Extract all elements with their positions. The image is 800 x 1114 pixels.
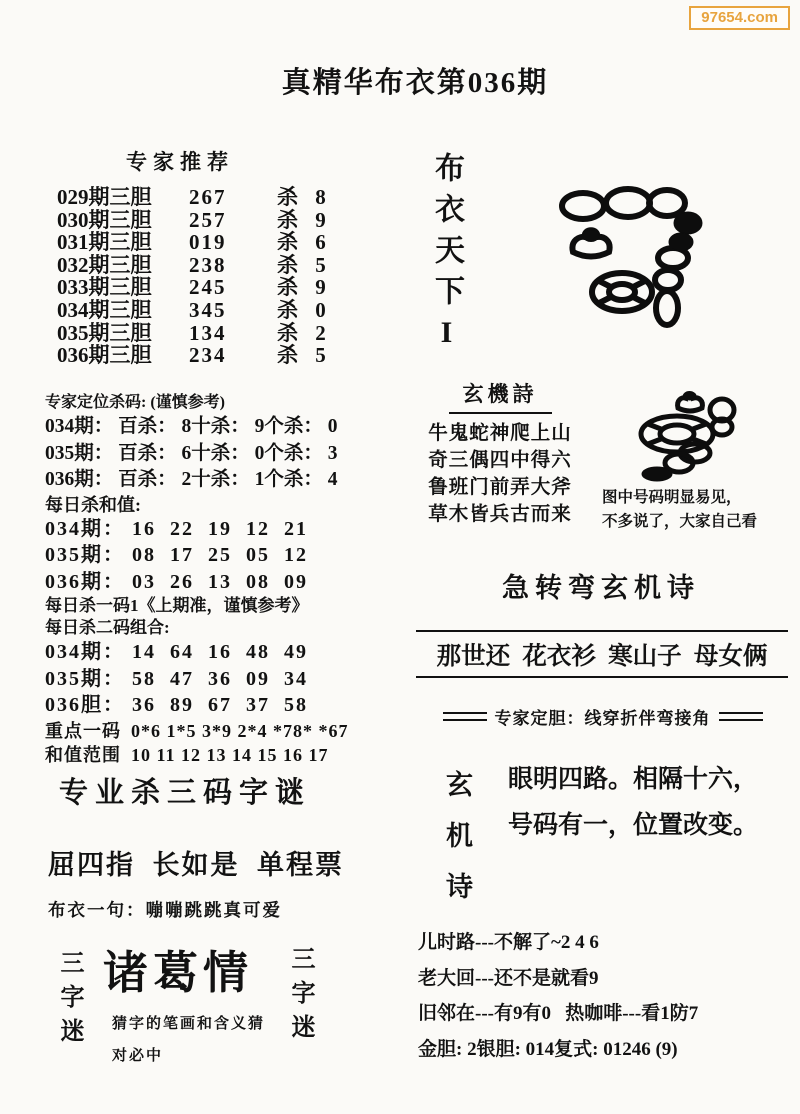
daily-two-row: 034期： 14 64 16 48 49	[45, 639, 385, 666]
expert-recommend-table: 029期三胆267杀 8 030期三胆257杀 9 031期三胆019杀 6 0…	[57, 186, 347, 367]
sanzimi-right-label: 三字迷	[283, 946, 318, 1048]
daily-sum-heading: 每日杀和值:	[45, 494, 385, 516]
table-row: 036期三胆234杀 5	[57, 344, 347, 367]
table-row: 035期三胆134杀 2	[57, 322, 347, 345]
poem-line: 鲁班门前弄大斧	[420, 474, 580, 501]
sanzimi-note: 猜字的笔画和含义猜 对必中	[112, 1008, 265, 1072]
xuanji2-vertical-title: 玄机诗	[438, 770, 477, 923]
clue-line: 旧邻在---有9有0 热咖啡---看1防7	[418, 996, 698, 1032]
daily-two-heading: 每日杀二码组合:	[45, 617, 385, 639]
sanzimi-answer: 诸葛情	[103, 936, 253, 1001]
section-heading: 专家定位杀码: (谨慎参考)	[45, 392, 385, 414]
daily-sum-row: 034期： 16 22 19 12 21	[45, 516, 385, 543]
sha-sanma-riddle: 屈四指 长如是 单程票	[48, 843, 344, 882]
sanzimi-left-label: 三字迷	[52, 950, 87, 1052]
sum-range-row: 和值范围10 11 12 13 14 15 16 17	[45, 743, 385, 767]
table-row: 034期三胆345杀 0	[57, 299, 347, 322]
picture-note: 图中号码明显易见， 不多说了，大家自己看	[602, 486, 757, 534]
double-line-divider	[443, 712, 487, 721]
daily-one-heading: 每日杀一码1《上期准，谨慎参考》	[45, 595, 385, 617]
clue-line: 老大回---还不是就看9	[418, 961, 698, 997]
xuanji-poem-heading: 玄機詩	[449, 378, 552, 414]
watermark-link[interactable]: 97654.com	[689, 6, 790, 30]
poem-line: 草木皆兵古而来	[420, 501, 580, 528]
table-row: 030期三胆257杀 9	[57, 209, 347, 232]
bead-number-drawing-7	[545, 170, 760, 340]
jizhuanwan-heading: 急转弯玄机诗	[502, 566, 700, 605]
clue-line: 金胆: 2银胆: 014复式: 01246 (9)	[418, 1032, 698, 1068]
buyi-lottery-sheet: 97654.com 真精华布衣第036期 专家推荐 029期三胆267杀 8 0…	[0, 0, 800, 1114]
expert-dingdan-row: 专家定胆：线穿折伴弯接角	[415, 704, 790, 729]
xuanji2-text: 眼明四路。相隔十六， 号码有一，位置改变。	[508, 757, 758, 849]
kill-position-section: 专家定位杀码: (谨慎参考) 034期： 百杀： 8十杀： 9个杀： 0 035…	[45, 392, 385, 767]
table-row: 029期三胆267杀 8	[57, 186, 347, 209]
table-row: 032期三胆238杀 5	[57, 254, 347, 277]
expert-recommend-heading: 专家推荐	[126, 146, 234, 176]
sha-sanma-heading: 专业杀三码字谜	[59, 770, 311, 811]
bead-number-drawing-9	[600, 382, 765, 492]
daily-two-row: 035期： 58 47 36 09 34	[45, 666, 385, 693]
kill-row: 034期： 百杀： 8十杀： 9个杀： 0	[45, 414, 385, 441]
double-line-divider	[719, 712, 763, 721]
daily-sum-row: 036期： 03 26 13 08 09	[45, 569, 385, 596]
bottom-clue-lines: 儿时路---不解了~2 4 6 老大回---还不是就看9 旧邻在---有9有0 …	[418, 925, 698, 1067]
page-title: 真精华布衣第036期	[282, 60, 549, 101]
jizhuanwan-clues: 那世还 花衣衫 寒山子 母女俩	[416, 630, 788, 678]
buyi-tianxia-vertical-title: 布衣天下I	[424, 152, 468, 360]
xuanji-poem-section: 玄機詩 牛鬼蛇神爬上山 奇三偶四中得六 鲁班门前弄大斧 草木皆兵古而来	[420, 378, 580, 528]
key-one-row: 重点一码0*6 1*5 3*9 2*4 *78* *67	[45, 719, 385, 743]
table-row: 031期三胆019杀 6	[57, 231, 347, 254]
poem-line: 牛鬼蛇神爬上山	[420, 420, 580, 447]
kill-row: 035期： 百杀： 6十杀： 0个杀： 3	[45, 441, 385, 468]
daily-sum-row: 035期： 08 17 25 05 12	[45, 542, 385, 569]
clue-line: 儿时路---不解了~2 4 6	[418, 925, 698, 961]
daily-two-row: 036胆： 36 89 67 37 58	[45, 692, 385, 719]
table-row: 033期三胆245杀 9	[57, 276, 347, 299]
kill-row: 036期： 百杀： 2十杀： 1个杀： 4	[45, 467, 385, 494]
poem-line: 奇三偶四中得六	[420, 447, 580, 474]
buyi-sentence: 布衣一句：嘣嘣跳跳真可爱	[48, 897, 282, 922]
